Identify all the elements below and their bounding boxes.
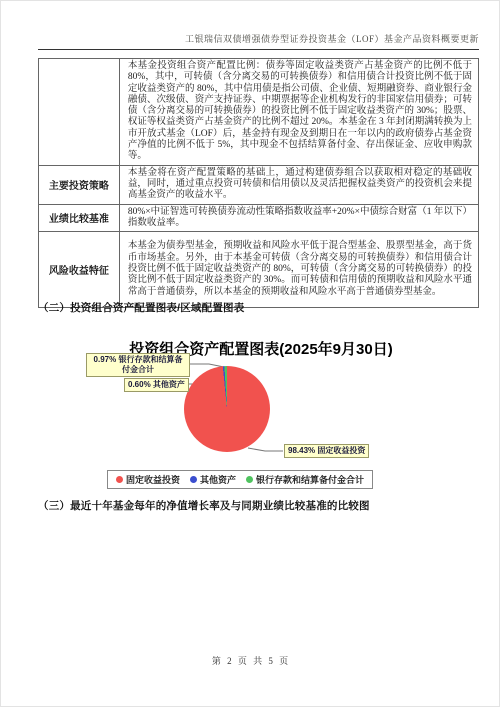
row-label-risk-return: 风险收益特征 (39, 232, 120, 308)
portfolio-pie-chart: 投资组合资产配置图表(2025年9月30日) 0.97% 银行存款和结算备付金合… (61, 333, 461, 495)
pie-graphic (184, 366, 270, 452)
table-row: 风险收益特征 本基金为债券型基金，预期收益和风险水平低于混合型基金、股票型基金，… (39, 232, 479, 308)
document-page: 工银瑞信双债增强债券型证券投资基金（LOF）基金产品资料概要更新 本基金投资组合… (0, 0, 500, 707)
legend-dot-red (116, 476, 123, 483)
table-row: 本基金投资组合资产配置比例：债券等固定收益类资产占基金资产的比例不低于 80%，… (39, 59, 479, 166)
section-heading-growth-comparison: （三）最近十年基金每年的净值增长率及与同期业绩比较基准的比较图 (38, 498, 370, 513)
row-content-benchmark: 80%×中证智选可转换债券流动性策略指数收益率+20%×中债综合财富（1 年以下… (119, 204, 478, 232)
section-heading-portfolio-chart: （二）投资组合资产配置图表/区域配置图表 (38, 300, 244, 315)
legend-dot-blue (190, 476, 197, 483)
row-content-main-strategy: 本基金将在资产配置策略的基础上，通过构建债券组合以获取相对稳定的基础收益，同时，… (119, 165, 478, 204)
row-content-risk-return: 本基金为债券型基金，预期收益和风险水平低于混合型基金、股票型基金，高于货币市场基… (119, 232, 478, 308)
row-label-main-strategy: 主要投资策略 (39, 165, 120, 204)
row-label-benchmark: 业绩比较基准 (39, 204, 120, 232)
page-number: 第 2 页 共 5 页 (1, 654, 500, 667)
legend-label: 固定收益投资 (126, 473, 180, 486)
row-label (39, 59, 120, 166)
row-content-asset-allocation: 本基金投资组合资产配置比例：债券等固定收益类资产占基金资产的比例不低于 80%，… (119, 59, 478, 166)
callout-bank-deposits: 0.97% 银行存款和结算备付金合计 (86, 353, 190, 377)
legend-item-other-assets: 其他资产 (190, 473, 236, 486)
legend-dot-green (246, 476, 253, 483)
callout-other-assets: 0.60% 其他资产 (124, 378, 189, 392)
legend-label: 银行存款和结算备付金合计 (256, 473, 364, 486)
legend-item-bank-deposits: 银行存款和结算备付金合计 (246, 473, 364, 486)
chart-legend: 固定收益投资 其他资产 银行存款和结算备付金合计 (107, 470, 373, 489)
fund-info-table: 本基金投资组合资产配置比例：债券等固定收益类资产占基金资产的比例不低于 80%，… (38, 58, 479, 308)
legend-item-fixed-income: 固定收益投资 (116, 473, 180, 486)
table-row: 业绩比较基准 80%×中证智选可转换债券流动性策略指数收益率+20%×中债综合财… (39, 204, 479, 232)
callout-fixed-income: 98.43% 固定收益投资 (284, 444, 369, 458)
table-row: 主要投资策略 本基金将在资产配置策略的基础上，通过构建债券组合以获取相对稳定的基… (39, 165, 479, 204)
legend-label: 其他资产 (200, 473, 236, 486)
document-header-title: 工银瑞信双债增强债券型证券投资基金（LOF）基金产品资料概要更新 (38, 32, 479, 50)
